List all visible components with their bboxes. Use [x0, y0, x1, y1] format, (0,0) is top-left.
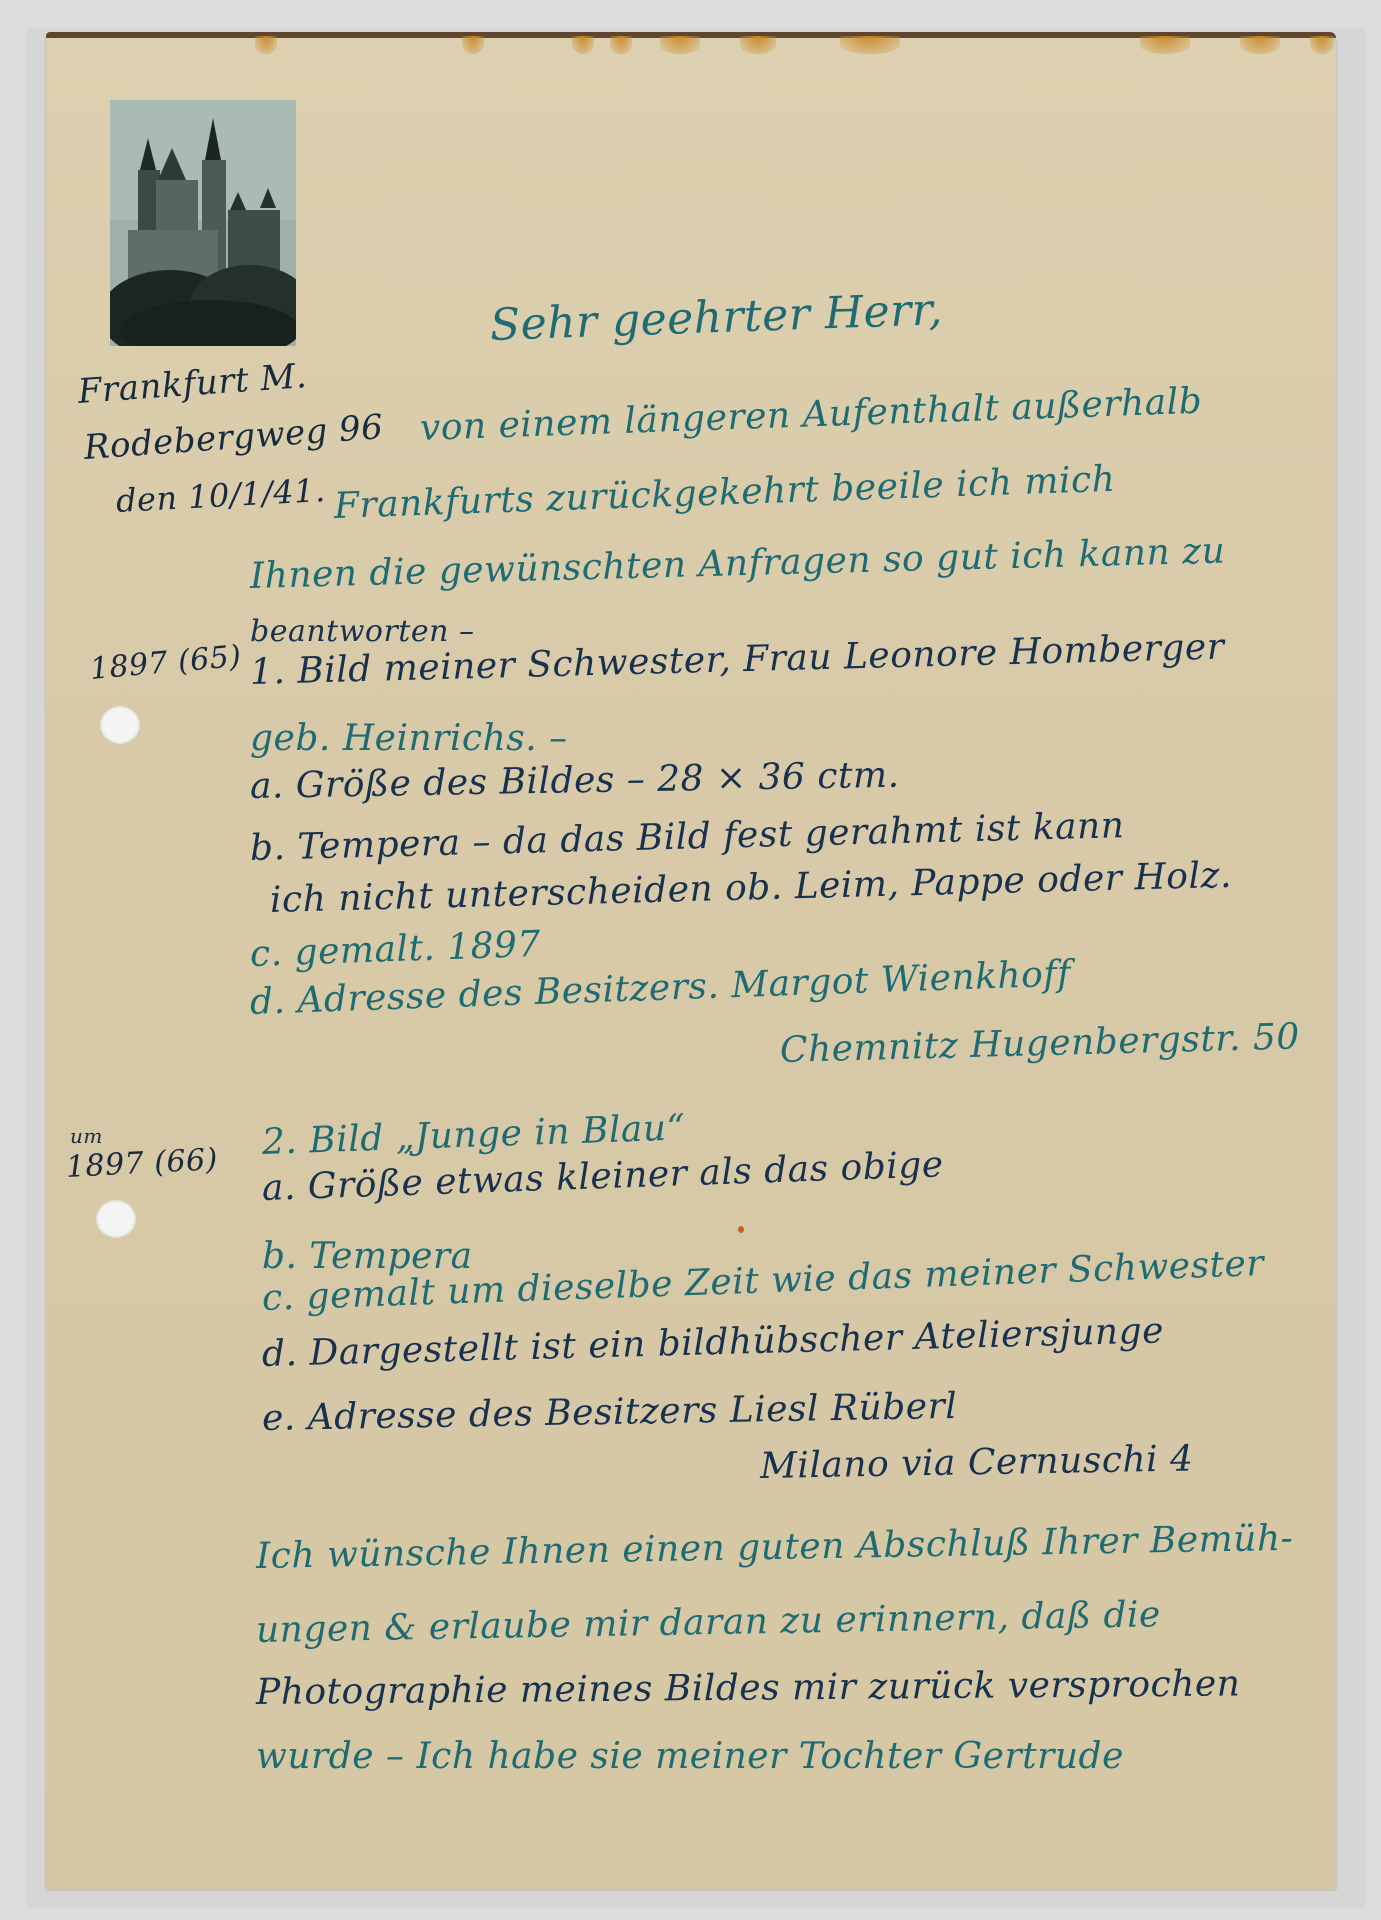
cathedral-photo: [110, 100, 296, 346]
ink-spot: [738, 1226, 744, 1233]
rust-stain: [462, 36, 484, 54]
painting-1-subtitle: geb. Heinrichs. –: [250, 718, 568, 759]
rust-stain: [1240, 36, 1280, 54]
closing-line-3: Photographie meines Bildes mir zurück ve…: [256, 1663, 1241, 1713]
punch-hole: [96, 1200, 136, 1238]
closing-line-4: wurde – Ich habe sie meiner Tochter Gert…: [256, 1736, 1124, 1777]
intro-line-4: beantworten –: [250, 614, 474, 649]
rust-stain: [1310, 36, 1334, 54]
margin-note-2-um: um: [70, 1124, 103, 1148]
cathedral-icon: [110, 100, 296, 346]
rust-stain: [660, 36, 700, 54]
rust-stain: [572, 36, 594, 54]
rust-stain: [1140, 36, 1190, 54]
rust-stain: [610, 36, 632, 54]
punch-hole: [100, 706, 140, 744]
rust-stain: [840, 36, 900, 54]
rust-stain: [255, 36, 277, 54]
rust-stain: [740, 36, 776, 54]
painting-2-owner-address: Milano via Cernuschi 4: [760, 1438, 1194, 1487]
